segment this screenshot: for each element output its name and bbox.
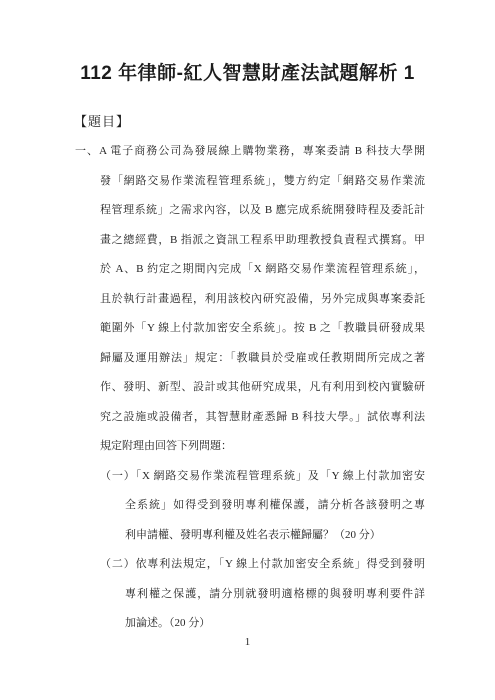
question-line-8: 歸屬及運用辦法」規定：「教職員於受雇或任教期間所完成之著 (100, 344, 425, 374)
sub-question-1-marker: （一） (100, 470, 136, 482)
question-line-4: 畫之總經費，B 指派之資訊工程系甲助理教授負責程式撰寫。甲 (100, 226, 425, 256)
question-line-3: 程管理系統」之需求內容，以及 B 應完成系統開發時程及委託計 (100, 196, 425, 226)
question-line-2: 發「網路交易作業流程管理系統」，雙方約定「網路交易作業流 (100, 167, 425, 197)
question-line-9: 作、發明、新型、設計或其他研究成果，凡有利用到校內實驗研 (100, 373, 425, 403)
sub-question-1-line-3: 利申請權、發明專利權及姓名表示權歸屬？（20 分） (125, 521, 425, 551)
question-line-11: 規定附理由回答下列問題： (100, 432, 425, 462)
section-label: 【題目】 (74, 111, 130, 130)
question-line-5: 於 A、B 約定之期間內完成「X 網路交易作業流程管理系統」， (100, 255, 425, 285)
question-line-6: 且於執行計畫過程，利用該校內研究設備，另外完成與專案委託 (100, 285, 425, 315)
sub-question-2-line-1: （二）依專利法規定，「Y 線上付款加密安全系統」得受到發明 (100, 550, 425, 580)
question-line-10: 究之設施或設備者，其智慧財產悉歸 B 科技大學。」試依專利法 (100, 403, 425, 433)
sub-question-1-line-2: 全系統」如得受到發明專利權保護，請分析各該發明之專 (125, 491, 425, 521)
question-line-text: A 電子商務公司為發展線上購物業務，專案委請 B 科技大學開 (99, 145, 425, 157)
sub-question-2-line-3: 加論述。（20 分） (125, 609, 425, 639)
sub-question-2-text: 依專利法規定，「Y 線上付款加密安全系統」得受到發明 (136, 558, 425, 570)
sub-question-2-line-2: 專利權之保護，請分別就發明適格標的與發明專利要件詳 (125, 580, 425, 610)
sub-question-1-text: 「X 網路交易作業流程管理系統」及「Y 線上付款加密安 (136, 470, 425, 482)
page-number: 1 (0, 636, 495, 648)
question-marker: 一、 (75, 145, 99, 157)
sub-question-2-marker: （二） (100, 558, 136, 570)
sub-question-1-line-1: （一）「X 網路交易作業流程管理系統」及「Y 線上付款加密安 (100, 462, 425, 492)
question-body: 一、A 電子商務公司為發展線上購物業務，專案委請 B 科技大學開 發「網路交易作… (0, 137, 495, 639)
page-title: 112 年律師-紅人智慧財產法試題解析 1 (0, 58, 495, 85)
question-line-1: 一、A 電子商務公司為發展線上購物業務，專案委請 B 科技大學開 (75, 137, 425, 167)
question-line-7: 範圍外「Y 線上付款加密安全系統」。按 B 之「教職員研發成果 (100, 314, 425, 344)
document-page: 112 年律師-紅人智慧財產法試題解析 1 【題目】 一、A 電子商務公司為發展… (0, 0, 495, 700)
